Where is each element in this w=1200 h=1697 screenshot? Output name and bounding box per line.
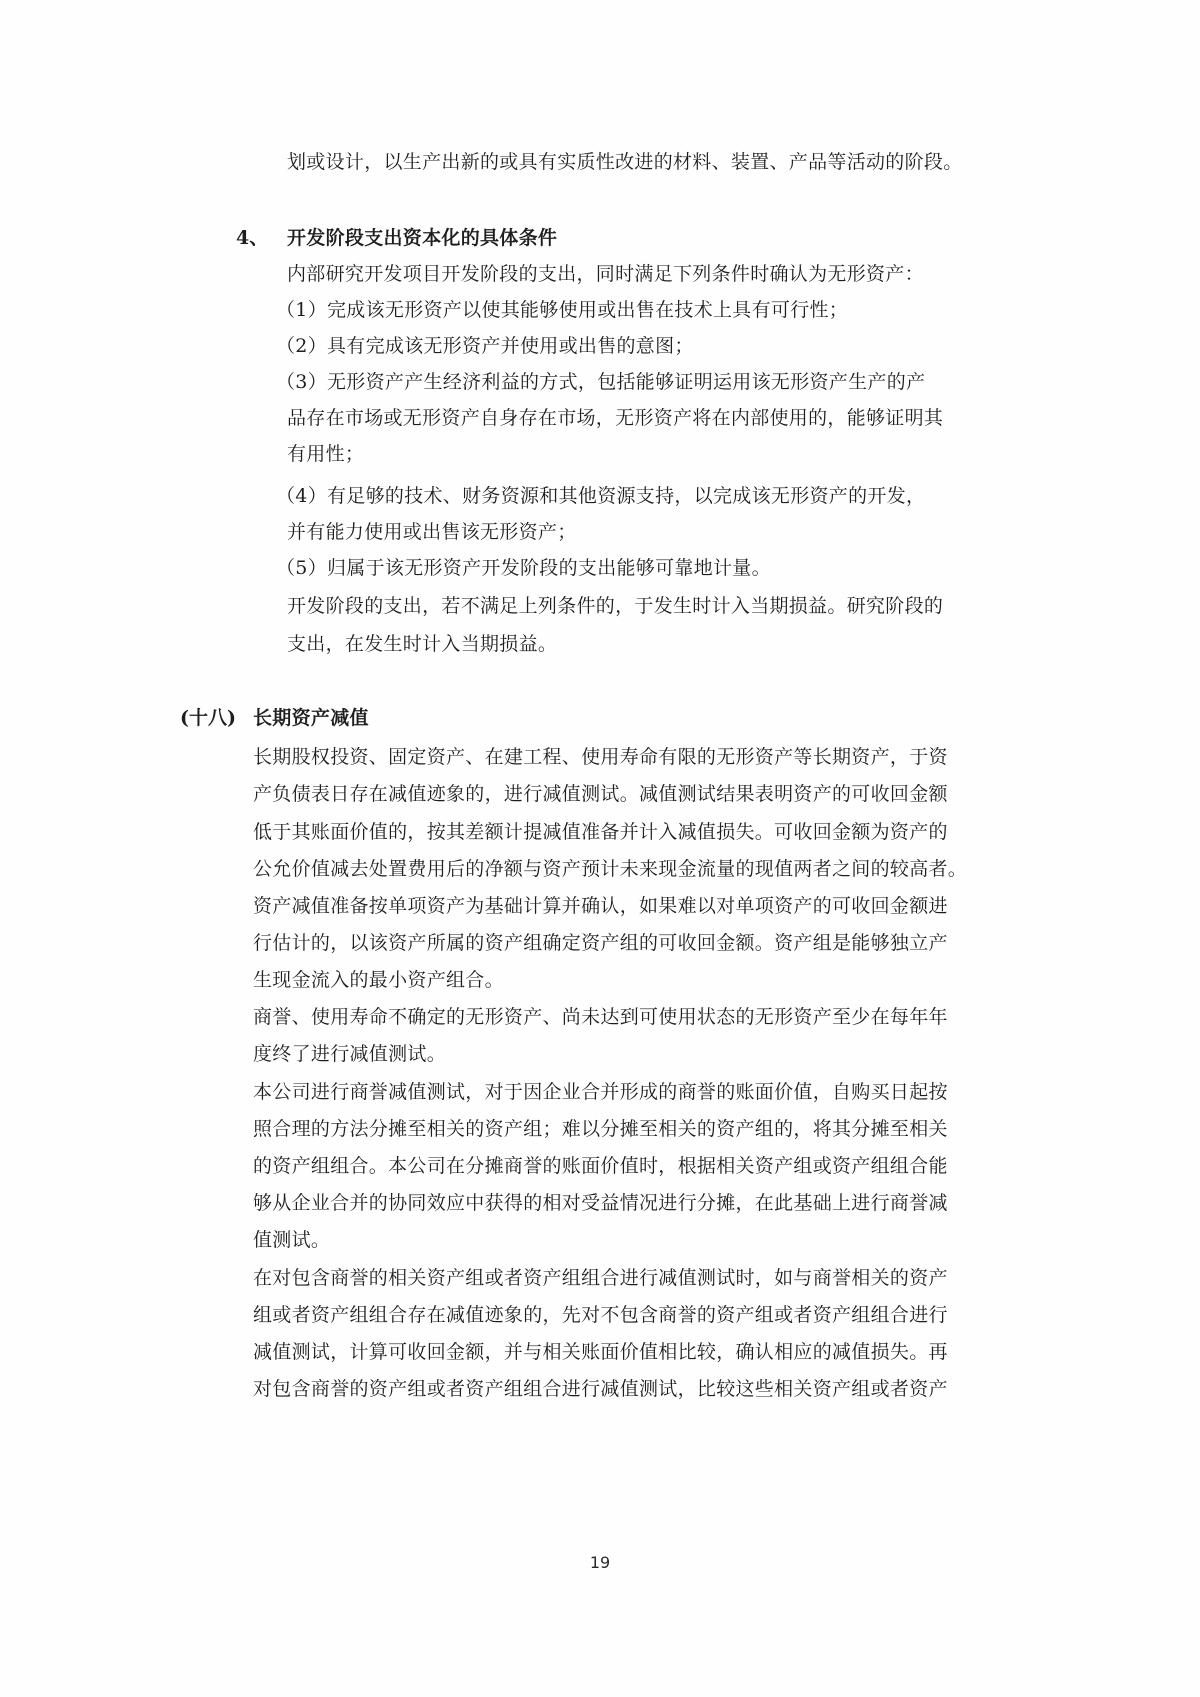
section-18-line: 本公司进行商誉减值测试，对于因企业合并形成的商誉的账面价值，自购买日起按	[253, 1080, 948, 1104]
section-4-line: 并有能力使用或出售该无形资产；	[287, 520, 577, 544]
section-18-line: 减值测试，计算可收回金额，并与相关账面价值相比较，确认相应的减值损失。再	[253, 1340, 948, 1364]
section-18-line: 对包含商誉的资产组或者资产组组合进行减值测试，比较这些相关资产组或者资产	[253, 1377, 948, 1401]
paragraph-continuation: 划或设计，以生产出新的或具有实质性改进的材料、装置、产品等活动的阶段。	[287, 150, 963, 174]
section-18-line: 行估计的，以该资产所属的资产组确定资产组的可收回金额。资产组是能够独立产	[253, 931, 948, 955]
section-18-line: 低于其账面价值的，按其差额计提减值准备并计入减值损失。可收回金额为资产的	[253, 820, 948, 844]
section-18-line: 资产减值准备按单项资产为基础计算并确认，如果难以对单项资产的可收回金额进	[253, 894, 948, 918]
section-4-line: （4）有足够的技术、财务资源和其他资源支持，以完成该无形资产的开发，	[276, 484, 925, 508]
section-18-line: 生现金流入的最小资产组合。	[253, 968, 504, 992]
section-4-number: 4、	[236, 226, 268, 250]
section-4-line: 有用性；	[287, 442, 364, 466]
section-4-line: 开发阶段的支出，若不满足上列条件的，于发生时计入当期损益。研究阶段的	[287, 594, 943, 618]
section-18-line: 照合理的方法分摊至相关的资产组；难以分摊至相关的资产组的，将其分摊至相关	[253, 1117, 948, 1141]
section-4-line: （5）归属于该无形资产开发阶段的支出能够可靠地计量。	[276, 556, 771, 580]
section-4-line: 品存在市场或无形资产自身存在市场，无形资产将在内部使用的，能够证明其	[287, 406, 943, 430]
section-18-line: 产负债表日存在减值迹象的，进行减值测试。减值测试结果表明资产的可收回金额	[253, 782, 948, 806]
section-4-line: 支出，在发生时计入当期损益。	[287, 632, 557, 656]
section-4-line: （2）具有完成该无形资产并使用或出售的意图；	[276, 334, 694, 358]
section-18-line: 公允价值减去处置费用后的净额与资产预计未来现金流量的现值两者之间的较高者。	[253, 857, 967, 881]
section-18-line: 度终了进行减值测试。	[253, 1042, 446, 1066]
section-4-line: （3）无形资产产生经济利益的方式，包括能够证明运用该无形资产生产的产	[276, 370, 925, 394]
section-18-line: 够从企业合并的协同效应中获得的相对受益情况进行分摊，在此基础上进行商誉减	[253, 1191, 948, 1215]
section-4-title: 开发阶段支出资本化的具体条件	[287, 226, 557, 250]
page-number: 19	[0, 1553, 1200, 1572]
document-page: 划或设计，以生产出新的或具有实质性改进的材料、装置、产品等活动的阶段。 4、 开…	[0, 0, 1200, 1697]
section-18-number: (十八)	[180, 706, 236, 730]
section-18-line: 组或者资产组组合存在减值迹象的，先对不包含商誉的资产组或者资产组组合进行	[253, 1303, 948, 1327]
section-18-line: 值测试。	[253, 1228, 330, 1252]
section-18-line: 在对包含商誉的相关资产组或者资产组组合进行减值测试时，如与商誉相关的资产	[253, 1266, 948, 1290]
section-18-line: 长期股权投资、固定资产、在建工程、使用寿命有限的无形资产等长期资产，于资	[253, 745, 948, 769]
section-18-line: 商誉、使用寿命不确定的无形资产、尚未达到可使用状态的无形资产至少在每年年	[253, 1005, 948, 1029]
section-4-line: 内部研究开发项目开发阶段的支出，同时满足下列条件时确认为无形资产：	[287, 262, 924, 286]
section-18-line: 的资产组组合。本公司在分摊商誉的账面价值时，根据相关资产组或资产组组合能	[253, 1154, 948, 1178]
section-18-title: 长期资产减值	[253, 706, 369, 730]
section-4-line: （1）完成该无形资产以使其能够使用或出售在技术上具有可行性；	[276, 298, 848, 322]
